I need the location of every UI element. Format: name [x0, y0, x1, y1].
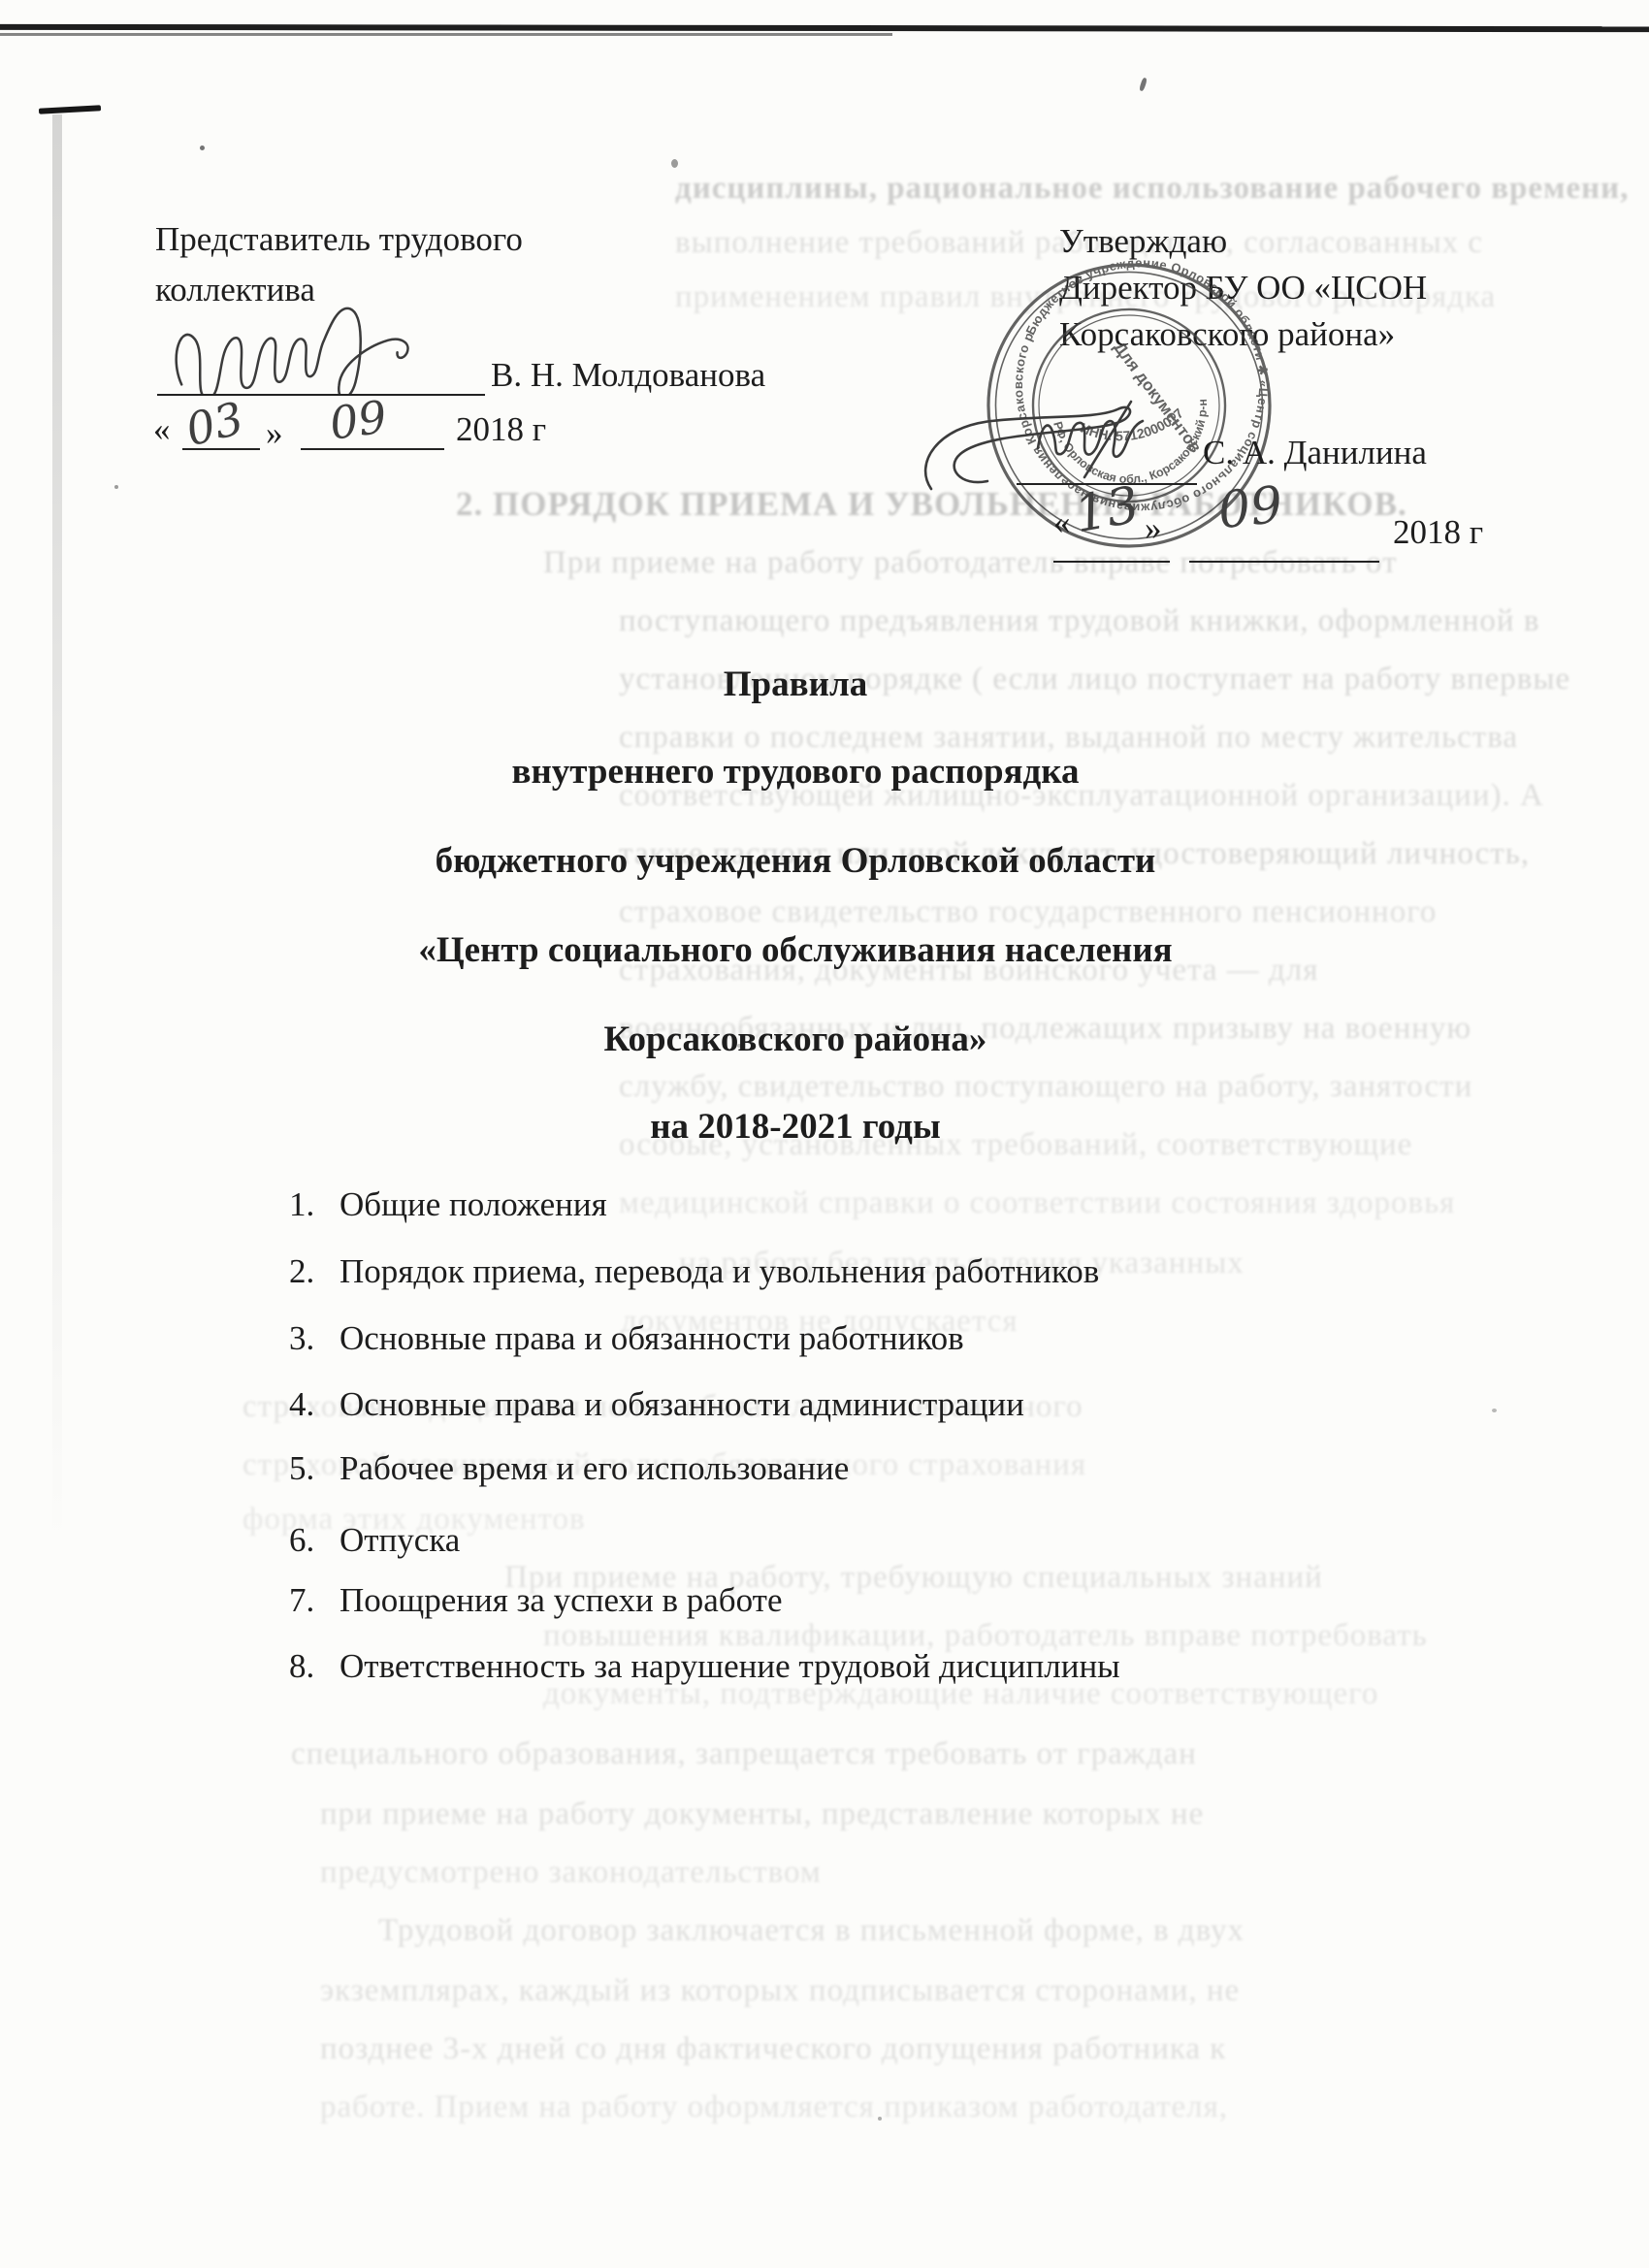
toc-item-label: Основные права и обязанности администрац…	[339, 1385, 1024, 1423]
scanned-document-page: дисциплины, рациональное использование р…	[0, 0, 1649, 2268]
right-date-day-line	[1053, 561, 1170, 563]
bleed-through-line: работе. Прием на работу оформляется прик…	[320, 2090, 1228, 2125]
left-date-quote-close: »	[266, 415, 283, 453]
toc-item: 2.Порядок приема, перевода и увольнения …	[289, 1252, 1099, 1291]
left-date-year: 2018 г	[456, 411, 546, 449]
bleed-through-line: медицинской справки о соответствии состо…	[619, 1185, 1455, 1221]
scan-edge-line-secondary	[0, 33, 892, 36]
toc-item-number: 6.	[289, 1521, 339, 1560]
bleed-through-line: При приеме на работу работодатель вправе…	[543, 545, 1398, 581]
scan-corner-dash	[39, 105, 101, 113]
toc-item-label: Общие положения	[339, 1185, 607, 1223]
toc-item: 6.Отпуска	[289, 1521, 460, 1560]
toc-item-label: Поощрения за успехи в работе	[339, 1581, 783, 1619]
scan-left-edge-shadow	[52, 114, 62, 1550]
bleed-through-line: страховое свидетельство государственного…	[619, 894, 1437, 930]
right-signature-stroke	[925, 402, 1143, 489]
toc-item-label: Порядок приема, перевода и увольнения ра…	[339, 1252, 1099, 1290]
scan-speck	[200, 146, 205, 150]
toc-item-number: 7.	[289, 1581, 339, 1620]
bleed-through-line: позднее 3-х дней со дня фактического доп…	[320, 2031, 1226, 2067]
bleed-through-line: экземплярах, каждый из которых подписыва…	[320, 1973, 1240, 2009]
left-date-month-handwritten: 09	[327, 390, 390, 450]
title-line-5: Корсаковского района»	[116, 1019, 1474, 1060]
bleed-through-line: Трудовой договор заключается в письменно…	[378, 1913, 1245, 1949]
toc-item-number: 3.	[289, 1319, 339, 1358]
right-date-month-line	[1189, 561, 1379, 563]
toc-item-label: Отпуска	[339, 1521, 460, 1559]
scan-speck	[671, 159, 678, 168]
bleed-through-line: специального образования, запрещается тр…	[291, 1736, 1197, 1772]
scan-speck	[1139, 78, 1148, 92]
title-line-4: «Центр социального обслуживания населени…	[116, 929, 1474, 971]
toc-item: 3.Основные права и обязанности работнико…	[289, 1319, 964, 1358]
toc-item-number: 1.	[289, 1185, 339, 1224]
title-line-3: бюджетного учреждения Орловской области	[116, 840, 1474, 882]
toc-item: 1.Общие положения	[289, 1185, 607, 1224]
left-date-day-handwritten: 03	[180, 392, 248, 457]
title-line-6: на 2018-2021 годы	[116, 1106, 1474, 1148]
scan-speck	[114, 485, 118, 489]
toc-item: 8.Ответственность за нарушение трудовой …	[289, 1647, 1120, 1686]
bleed-through-line: предусмотрено законодательством	[320, 1855, 822, 1891]
bleed-through-line: дисциплины, рациональное использование р…	[675, 171, 1629, 207]
toc-item: 4.Основные права и обязанности администр…	[289, 1385, 1024, 1424]
left-signature	[165, 299, 466, 396]
toc-item-label: Ответственность за нарушение трудовой ди…	[339, 1647, 1120, 1685]
left-signer-role-line1: Представитель трудового	[155, 221, 523, 259]
bleed-through-line: при приеме на работу документы, представ…	[320, 1797, 1204, 1832]
right-date-day-handwritten: 13	[1070, 476, 1144, 545]
title-line-2: внутреннего трудового распорядка	[116, 751, 1474, 793]
left-signature-stroke	[172, 302, 412, 396]
title-line-1: Правила	[116, 664, 1474, 705]
right-date-year: 2018 г	[1393, 514, 1483, 552]
right-date-month-handwritten: 09	[1215, 476, 1285, 541]
toc-item-number: 8.	[289, 1647, 339, 1686]
toc-item-label: Основные права и обязанности работников	[339, 1319, 964, 1357]
toc-item-number: 4.	[289, 1385, 339, 1424]
toc-item-number: 5.	[289, 1449, 339, 1488]
left-signature-line	[157, 394, 485, 396]
left-signer-name: В. Н. Молдованова	[491, 357, 765, 395]
scan-speck	[1492, 1409, 1497, 1412]
toc-item: 7.Поощрения за успехи в работе	[289, 1581, 783, 1620]
left-date-quote-open: «	[153, 411, 171, 449]
scan-edge-line	[0, 24, 1649, 32]
bleed-through-line: поступающего предъявления трудовой книжк…	[619, 603, 1539, 639]
toc-item: 5.Рабочее время и его использование	[289, 1449, 849, 1488]
bleed-through-line: службу, свидетельство поступающего на ра…	[619, 1069, 1472, 1105]
toc-item-number: 2.	[289, 1252, 339, 1291]
toc-item-label: Рабочее время и его использование	[339, 1449, 849, 1487]
left-date-month-line	[301, 448, 444, 450]
